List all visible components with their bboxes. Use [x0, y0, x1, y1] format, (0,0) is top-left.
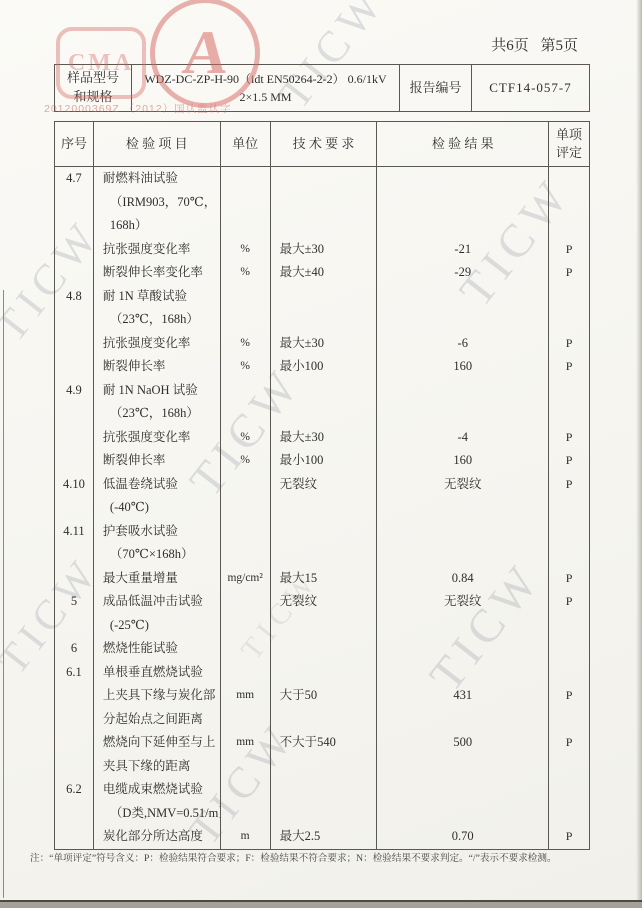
- cell-result: -6: [377, 332, 549, 356]
- cell-result: 无裂纹: [377, 473, 549, 497]
- cell-seq: [55, 755, 94, 779]
- table-row: 4.9耐 1N NaOH 试验: [55, 379, 589, 403]
- cell-unit: %: [221, 238, 271, 262]
- cell-seq: 4.10: [55, 473, 94, 497]
- cell-result: [377, 285, 549, 309]
- table-row: 5成品低温冲击试验无裂纹无裂纹P: [55, 590, 589, 614]
- cell-seq: 4.9: [55, 379, 94, 403]
- table-row: 分起始点之间距离: [55, 708, 589, 732]
- cell-seq: [55, 449, 94, 473]
- cell-seq: [55, 496, 94, 520]
- table-row: （23℃，168h）: [55, 402, 589, 426]
- cell-item: （D类,NMV=0.51/m）: [94, 802, 221, 826]
- cell-seq: [55, 731, 94, 755]
- cell-unit: [221, 661, 271, 685]
- cell-evaluation: [549, 214, 589, 238]
- cell-evaluation: P: [549, 332, 589, 356]
- cell-requirement: [271, 214, 378, 238]
- cell-evaluation: [549, 543, 589, 567]
- report-page: TICW TICW TICW TICW TICW TICW TICW TICW …: [0, 0, 642, 908]
- cell-evaluation: P: [549, 825, 589, 849]
- cell-item: 耐 1N 草酸试验: [94, 285, 221, 309]
- cell-item: （70℃×168h）: [94, 543, 221, 567]
- cell-requirement: [271, 802, 378, 826]
- cell-result: [377, 496, 549, 520]
- cell-seq: [55, 402, 94, 426]
- scan-edge-left: [3, 290, 4, 898]
- cell-item: 抗张强度变化率: [94, 238, 221, 262]
- cell-evaluation: [549, 520, 589, 544]
- cell-evaluation: P: [549, 261, 589, 285]
- cell-unit: [221, 496, 271, 520]
- cell-item: 低温卷绕试验: [94, 473, 221, 497]
- cell-requirement: 最大2.5: [271, 825, 378, 849]
- cell-item: 燃烧性能试验: [94, 637, 221, 661]
- cell-seq: [55, 214, 94, 238]
- cell-item: (-40℃): [94, 496, 221, 520]
- cell-result: [377, 778, 549, 802]
- cell-evaluation: [549, 755, 589, 779]
- cell-seq: 4.8: [55, 285, 94, 309]
- cell-unit: [221, 543, 271, 567]
- cell-result: [377, 543, 549, 567]
- cal-circle-stamp-icon: A: [150, 0, 260, 108]
- cell-requirement: [271, 520, 378, 544]
- cell-unit: [221, 708, 271, 732]
- cell-evaluation: [549, 191, 589, 215]
- table-row: 断裂伸长率%最小100160P: [55, 355, 589, 379]
- scan-edge-right: [636, 0, 642, 908]
- cell-seq: 6.1: [55, 661, 94, 685]
- cell-requirement: 无裂纹: [271, 473, 378, 497]
- cell-result: [377, 402, 549, 426]
- cell-requirement: [271, 708, 378, 732]
- page-number-info: 共6页 第5页: [491, 34, 578, 55]
- cell-requirement: 最大±30: [271, 426, 378, 450]
- cell-seq: [55, 567, 94, 591]
- header-cell-item: 检 验 项 目: [94, 122, 221, 166]
- cell-result: 0.84: [377, 567, 549, 591]
- table-row: 抗张强度变化率%最大±30-4P: [55, 426, 589, 450]
- cell-evaluation: [549, 802, 589, 826]
- cell-result: [377, 214, 549, 238]
- cell-requirement: [271, 191, 378, 215]
- cell-result: -29: [377, 261, 549, 285]
- cell-result: -4: [377, 426, 549, 450]
- cell-evaluation: [549, 167, 589, 191]
- table-row: 断裂伸长率%最小100160P: [55, 449, 589, 473]
- cell-unit: [221, 473, 271, 497]
- cell-requirement: [271, 755, 378, 779]
- report-no-label: 报告编号: [399, 65, 471, 111]
- cell-requirement: [271, 379, 378, 403]
- cell-requirement: 大于50: [271, 684, 378, 708]
- cell-evaluation: [549, 708, 589, 732]
- cell-seq: [55, 426, 94, 450]
- cell-item: 燃烧向下延伸至与上: [94, 731, 221, 755]
- cell-item: 分起始点之间距离: [94, 708, 221, 732]
- table-row: 燃烧向下延伸至与上mm不大于540500P: [55, 731, 589, 755]
- cell-result: 500: [377, 731, 549, 755]
- table-row: 抗张强度变化率%最大±30-6P: [55, 332, 589, 356]
- cell-evaluation: [549, 778, 589, 802]
- table-header-row: 序号 检 验 项 目 单位 技 术 要 求 检 验 结 果 单项 评定: [55, 122, 589, 167]
- cell-item: （IRM903，70℃，: [94, 191, 221, 215]
- table-row: 最大重量增量mg/cm²最大150.84P: [55, 567, 589, 591]
- cell-requirement: 无裂纹: [271, 590, 378, 614]
- cell-item: 夹具下缘的距离: [94, 755, 221, 779]
- cell-unit: mm: [221, 731, 271, 755]
- cell-item: （23℃，168h）: [94, 308, 221, 332]
- cell-result: 160: [377, 449, 549, 473]
- cell-item: 成品低温冲击试验: [94, 590, 221, 614]
- cell-result: 0.70: [377, 825, 549, 849]
- cell-requirement: 最大15: [271, 567, 378, 591]
- cell-evaluation: P: [549, 238, 589, 262]
- cell-evaluation: [549, 402, 589, 426]
- cell-evaluation: [549, 496, 589, 520]
- cell-item: 电缆成束燃烧试验: [94, 778, 221, 802]
- table-body: 4.7耐燃料油试验（IRM903，70℃，168h）抗张强度变化率%最大±30-…: [55, 167, 589, 849]
- cell-result: 431: [377, 684, 549, 708]
- header-cell-requirement: 技 术 要 求: [271, 122, 378, 166]
- cell-unit: mm: [221, 684, 271, 708]
- cell-requirement: [271, 496, 378, 520]
- table-row: （D类,NMV=0.51/m）: [55, 802, 589, 826]
- header-cell-result: 检 验 结 果: [377, 122, 549, 166]
- cell-unit: [221, 520, 271, 544]
- cell-seq: [55, 332, 94, 356]
- table-row: 抗张强度变化率%最大±30-21P: [55, 238, 589, 262]
- cell-requirement: [271, 614, 378, 638]
- cell-item: 168h）: [94, 214, 221, 238]
- cell-seq: 6: [55, 637, 94, 661]
- cell-seq: [55, 543, 94, 567]
- cell-unit: [221, 214, 271, 238]
- cell-unit: [221, 590, 271, 614]
- cell-unit: m: [221, 825, 271, 849]
- cell-result: -21: [377, 238, 549, 262]
- cell-seq: [55, 708, 94, 732]
- cell-seq: [55, 684, 94, 708]
- cma-stamp-icon: CMA: [56, 27, 146, 99]
- cell-result: [377, 637, 549, 661]
- table-row: 炭化部分所达高度m最大2.50.70P: [55, 825, 589, 849]
- cell-evaluation: [549, 379, 589, 403]
- cell-item: 最大重量增量: [94, 567, 221, 591]
- cell-seq: [55, 825, 94, 849]
- cell-requirement: [271, 308, 378, 332]
- table-row: (-25℃): [55, 614, 589, 638]
- cell-unit: [221, 778, 271, 802]
- cell-item: 断裂伸长率变化率: [94, 261, 221, 285]
- cell-requirement: 最小100: [271, 355, 378, 379]
- cal-stamp-letter: A: [179, 18, 231, 89]
- table-row: 6燃烧性能试验: [55, 637, 589, 661]
- cell-result: [377, 614, 549, 638]
- cell-evaluation: P: [549, 355, 589, 379]
- cell-seq: [55, 308, 94, 332]
- cell-evaluation: [549, 637, 589, 661]
- cma-stamp-text: CMA: [68, 50, 134, 77]
- cell-unit: [221, 379, 271, 403]
- table-row: （70℃×168h）: [55, 543, 589, 567]
- table-row: （IRM903，70℃，: [55, 191, 589, 215]
- cell-evaluation: [549, 285, 589, 309]
- cell-unit: %: [221, 355, 271, 379]
- cell-seq: [55, 191, 94, 215]
- cell-evaluation: P: [549, 731, 589, 755]
- cell-requirement: [271, 661, 378, 685]
- cell-requirement: 最小100: [271, 449, 378, 473]
- scan-edge-bottom: [0, 900, 642, 908]
- cell-item: 护套吸水试验: [94, 520, 221, 544]
- cell-evaluation: P: [549, 590, 589, 614]
- cell-item: 断裂伸长率: [94, 355, 221, 379]
- header-cell-seq: 序号: [55, 122, 94, 166]
- cell-result: 160: [377, 355, 549, 379]
- cell-seq: [55, 261, 94, 285]
- cell-item: （23℃，168h）: [94, 402, 221, 426]
- cell-result: [377, 708, 549, 732]
- cell-item: 耐 1N NaOH 试验: [94, 379, 221, 403]
- cell-requirement: 最大±30: [271, 238, 378, 262]
- cell-unit: %: [221, 449, 271, 473]
- table-row: （23℃，168h）: [55, 308, 589, 332]
- cell-evaluation: P: [549, 684, 589, 708]
- cell-evaluation: [549, 661, 589, 685]
- cell-requirement: 最大±30: [271, 332, 378, 356]
- cell-item: 断裂伸长率: [94, 449, 221, 473]
- cell-result: 无裂纹: [377, 590, 549, 614]
- cell-unit: %: [221, 426, 271, 450]
- cell-seq: 5: [55, 590, 94, 614]
- cell-item: 耐燃料油试验: [94, 167, 221, 191]
- table-row: 4.8耐 1N 草酸试验: [55, 285, 589, 309]
- cell-result: [377, 661, 549, 685]
- cell-item: 抗张强度变化率: [94, 332, 221, 356]
- cell-item: 炭化部分所达高度: [94, 825, 221, 849]
- cell-unit: [221, 755, 271, 779]
- cell-requirement: [271, 285, 378, 309]
- header-cell-evaluation: 单项 评定: [549, 122, 589, 166]
- cell-item: 单根垂直燃烧试验: [94, 661, 221, 685]
- cell-unit: [221, 167, 271, 191]
- cell-evaluation: P: [549, 449, 589, 473]
- cell-seq: 4.7: [55, 167, 94, 191]
- cell-unit: %: [221, 332, 271, 356]
- cell-requirement: [271, 778, 378, 802]
- cell-result: [377, 802, 549, 826]
- cell-unit: [221, 637, 271, 661]
- report-no-value: CTF14-057-7: [471, 65, 589, 111]
- footnote: 注：“单项评定”符号含义：P：检验结果符合要求；F：检验结果不符合要求；N：检验…: [30, 850, 630, 864]
- cell-unit: [221, 285, 271, 309]
- header-cell-unit: 单位: [221, 122, 271, 166]
- table-row: 4.10低温卷绕试验无裂纹无裂纹P: [55, 473, 589, 497]
- cell-requirement: 最大±40: [271, 261, 378, 285]
- cell-seq: 4.11: [55, 520, 94, 544]
- cell-seq: 6.2: [55, 778, 94, 802]
- cell-seq: [55, 238, 94, 262]
- cell-requirement: [271, 402, 378, 426]
- cell-unit: [221, 308, 271, 332]
- table-row: 夹具下缘的距离: [55, 755, 589, 779]
- cell-result: [377, 191, 549, 215]
- cell-result: [377, 167, 549, 191]
- cell-unit: [221, 402, 271, 426]
- table-row: 4.11护套吸水试验: [55, 520, 589, 544]
- table-row: 168h）: [55, 214, 589, 238]
- table-row: (-40℃): [55, 496, 589, 520]
- cell-requirement: [271, 167, 378, 191]
- cell-result: [377, 379, 549, 403]
- cell-evaluation: [549, 308, 589, 332]
- table-row: 6.1单根垂直燃烧试验: [55, 661, 589, 685]
- cell-evaluation: [549, 614, 589, 638]
- cell-result: [377, 755, 549, 779]
- cell-item: 抗张强度变化率: [94, 426, 221, 450]
- sample-size: 2×1.5 MM: [239, 88, 291, 106]
- cell-requirement: [271, 543, 378, 567]
- cell-requirement: 不大于540: [271, 731, 378, 755]
- inspection-table: 序号 检 验 项 目 单位 技 术 要 求 检 验 结 果 单项 评定 4.7耐…: [54, 121, 590, 850]
- table-row: 4.7耐燃料油试验: [55, 167, 589, 191]
- cell-unit: [221, 614, 271, 638]
- cell-seq: [55, 355, 94, 379]
- table-row: 断裂伸长率变化率%最大±40-29P: [55, 261, 589, 285]
- cell-evaluation: P: [549, 426, 589, 450]
- cell-evaluation: P: [549, 473, 589, 497]
- cell-item: 上夹具下缘与炭化部: [94, 684, 221, 708]
- table-row: 6.2电缆成束燃烧试验: [55, 778, 589, 802]
- cell-result: [377, 308, 549, 332]
- table-row: 上夹具下缘与炭化部mm大于50431P: [55, 684, 589, 708]
- cell-unit: mg/cm²: [221, 567, 271, 591]
- cell-requirement: [271, 637, 378, 661]
- cell-unit: [221, 191, 271, 215]
- cell-seq: [55, 802, 94, 826]
- stamp-serial-number: 2012000369Z （2012）国认监认字: [44, 101, 232, 116]
- cell-unit: %: [221, 261, 271, 285]
- cell-unit: [221, 802, 271, 826]
- cell-item: (-25℃): [94, 614, 221, 638]
- cell-result: [377, 520, 549, 544]
- cell-evaluation: P: [549, 567, 589, 591]
- cell-seq: [55, 614, 94, 638]
